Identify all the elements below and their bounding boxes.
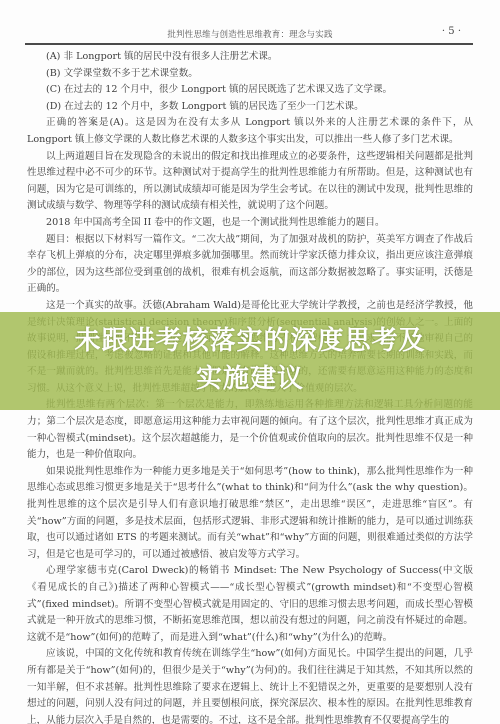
running-title: 批判性思维与创造性思维教育：理念与实践 xyxy=(25,28,475,40)
title-banner-overlay: 未跟进考核落实的深度思考及 实施建议 xyxy=(0,312,500,410)
paragraph-dweck-mindset: 心理学家德韦克(Carol Dweck)的畅销书 Mindset: The Ne… xyxy=(27,563,473,646)
paragraph-chinese-education: 应该说，中国的文化传统和教育传统在训练学生“how”(如何)方面见长。中国学生提… xyxy=(27,646,473,724)
banner-title: 未跟进考核落实的深度思考及 实施建议 xyxy=(0,322,500,398)
paragraph-answer-explanation: 正确的答案是(A)。这是因为在没有太多从 Longport 镇以外来的人注册艺术… xyxy=(27,115,473,148)
header-rule xyxy=(25,43,473,45)
answer-option-a: (A) 非 Longport 镇的居民中没有很多人注册艺术课。 xyxy=(27,49,473,66)
answer-option-c: (C) 在过去的 12 个月中，很少 Longport 镇的居民既选了艺术课又选… xyxy=(27,82,473,99)
answer-option-d: (D) 在过去的 12 个月中，多数 Longport 镇的居民选了至少一门艺术… xyxy=(27,99,473,116)
answer-option-b: (B) 文学课堂数不多于艺术课堂数。 xyxy=(27,66,473,83)
document-page: 批判性思维与创造性思维教育：理念与实践 · 5 · (A) 非 Longport… xyxy=(0,0,500,724)
paragraph-gaokao-2018: 2018 年中国高考全国 II 卷中的作文题，也是一个测试批判性思维能力的题目。 xyxy=(27,215,473,232)
banner-title-line-1: 未跟进考核落实的深度思考及 xyxy=(0,322,500,360)
paragraph-how-what-why: 如果说批判性思维作为一种能力更多地是关于“如何思考”(how to think)… xyxy=(27,464,473,564)
banner-title-line-2: 实施建议 xyxy=(0,360,500,398)
paragraph-test-analysis: 以上两道题目旨在发现隐含的未说出的假定和找出推理成立的必要条件，这些逻辑相关问题… xyxy=(27,149,473,215)
running-header: 批判性思维与创造性思维教育：理念与实践 · 5 · xyxy=(25,26,475,42)
paragraph-essay-prompt: 题目：根据以下材料写一篇作文。“二次大战”期间，为了加强对战机的防护，英美军方调… xyxy=(27,232,473,298)
page-number: · 5 · xyxy=(442,26,461,37)
